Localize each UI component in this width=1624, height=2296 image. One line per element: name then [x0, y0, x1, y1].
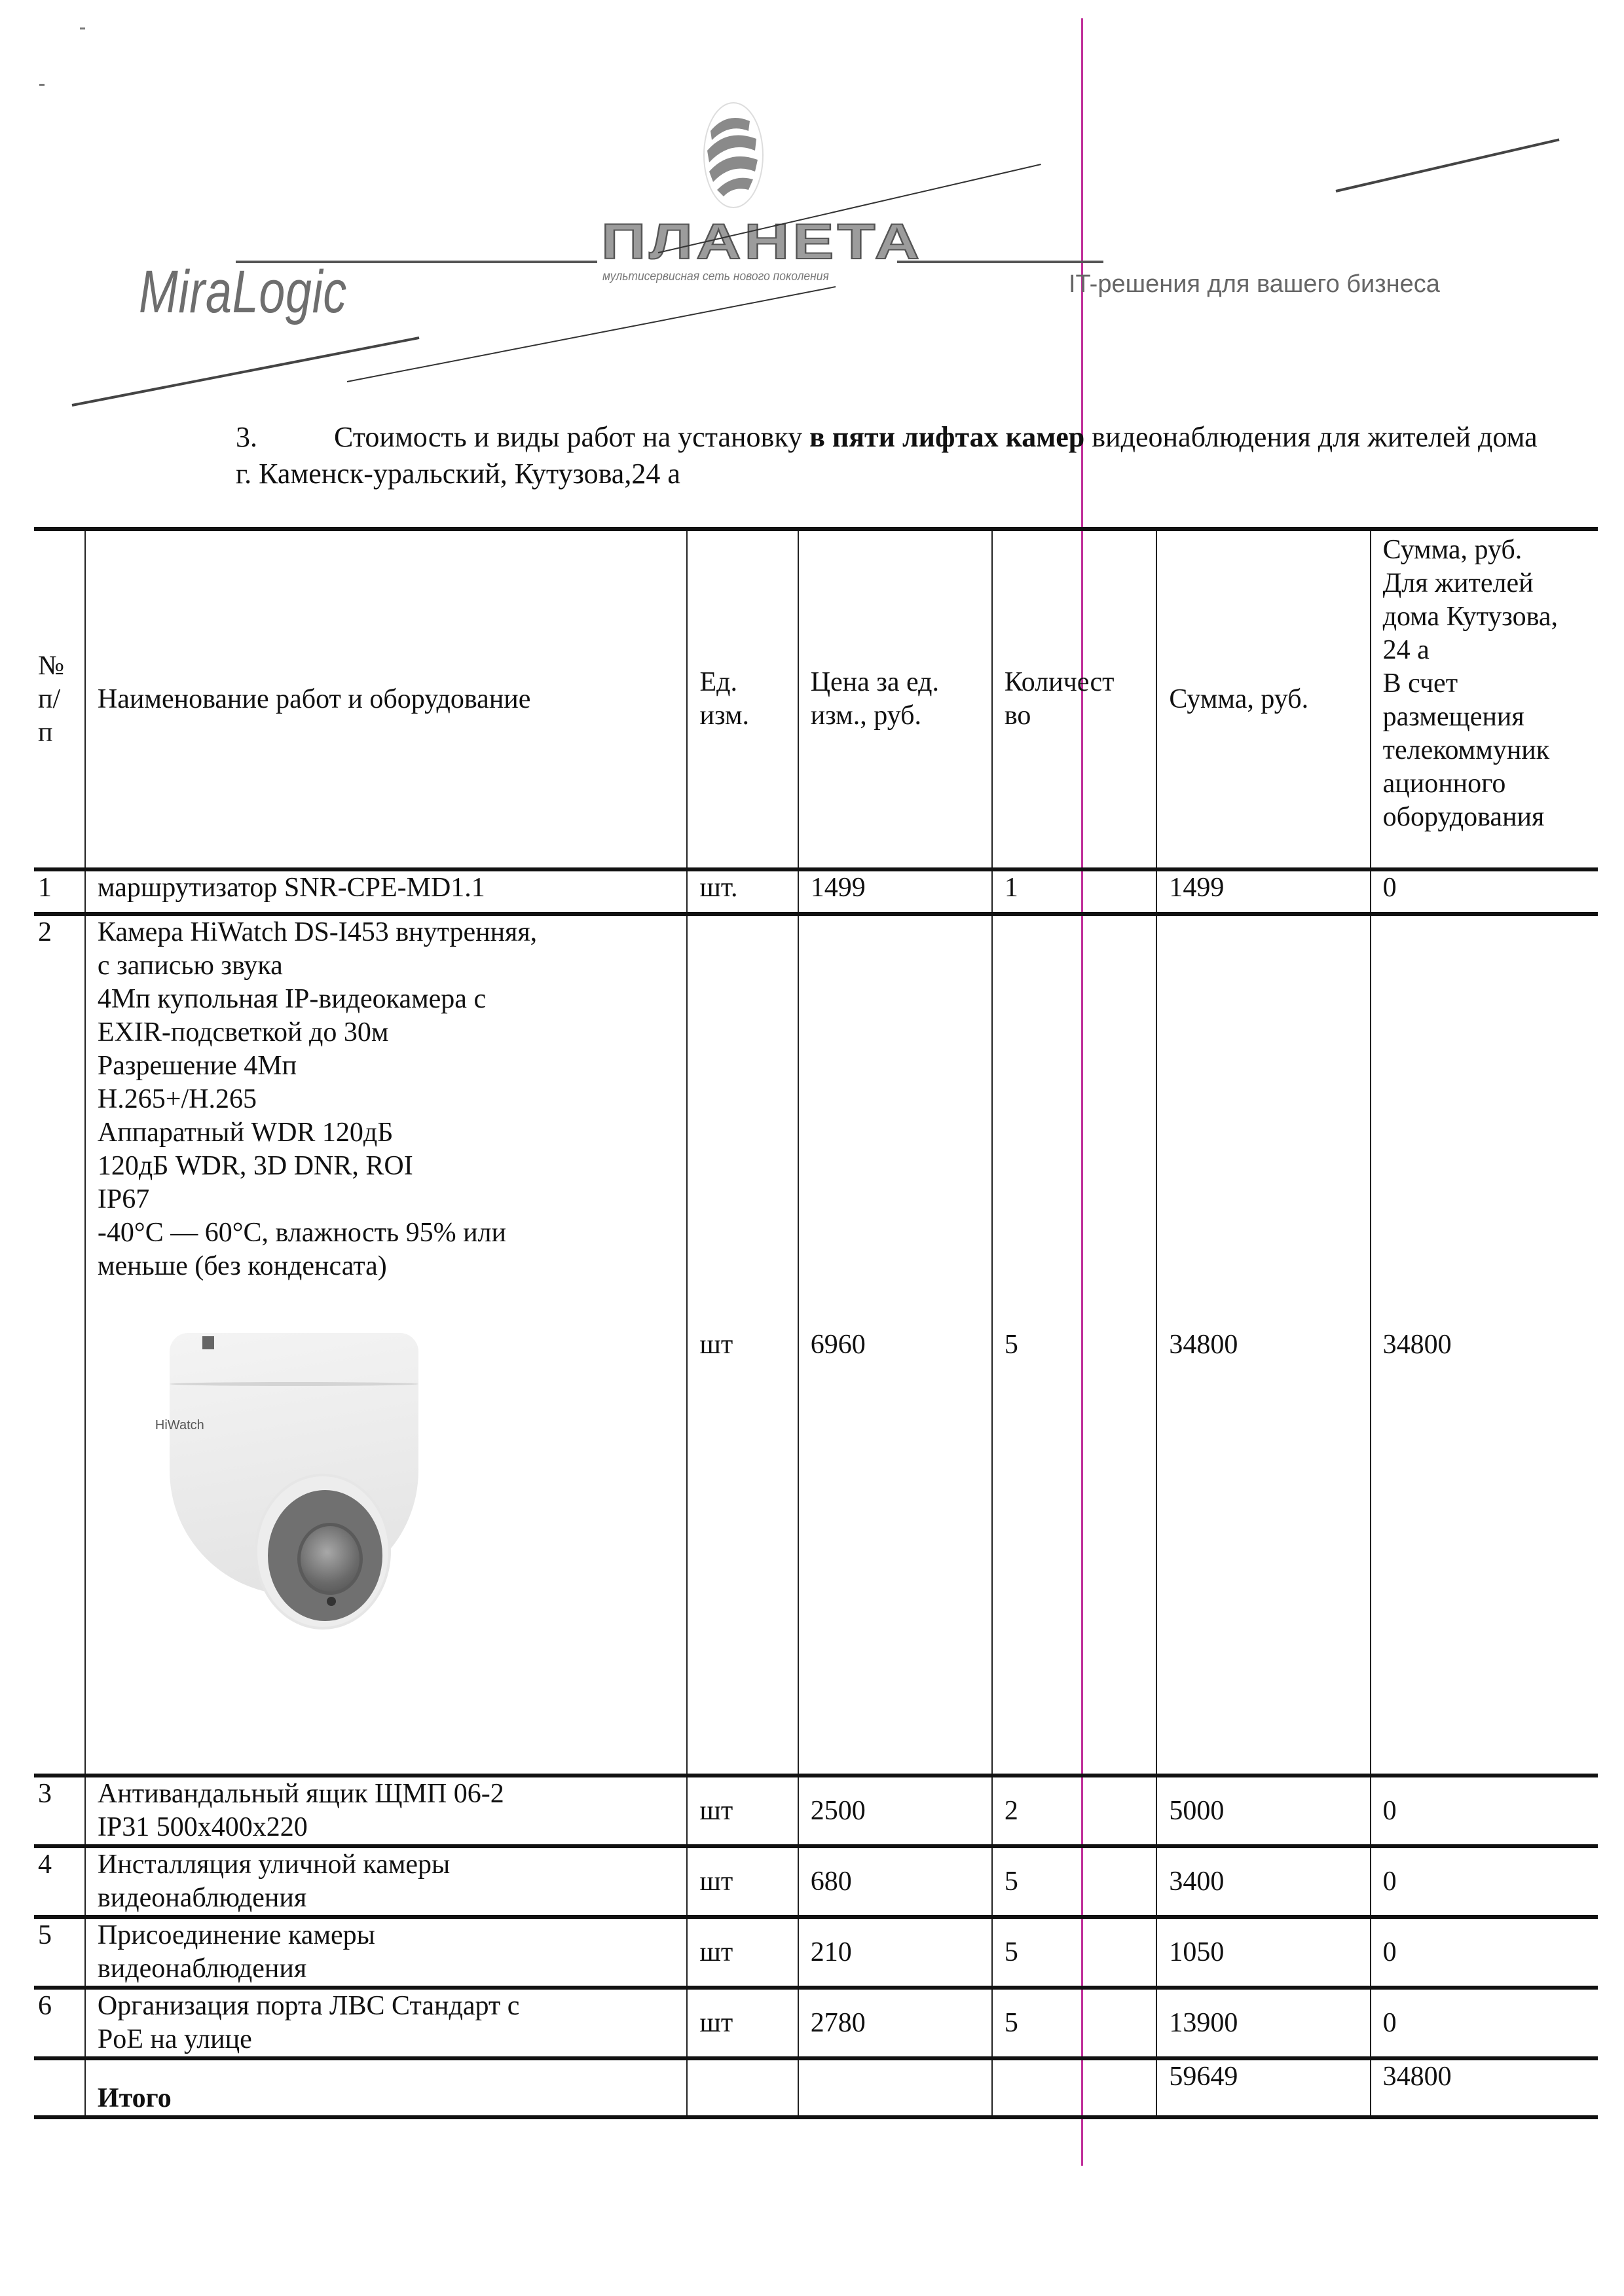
cell-price: 210 — [798, 1917, 992, 1988]
col-header-name: Наименование работ и оборудование — [85, 529, 688, 869]
decorative-stroke — [1336, 138, 1560, 192]
globe-logo-icon — [697, 98, 769, 213]
cell-empty — [992, 2058, 1157, 2117]
camera-ring-shape — [170, 1382, 418, 1386]
cell-name: Камера HiWatch DS-I453 внутренняя, с зап… — [85, 914, 688, 1776]
camera-brand-label: HiWatch — [155, 1409, 204, 1442]
cell-unit: шт — [687, 1917, 798, 1988]
scan-speck — [39, 84, 45, 86]
cell-sum: 3400 — [1156, 1846, 1370, 1917]
total-sum-residents: 34800 — [1371, 2058, 1598, 2117]
col-header-sum-residents: Сумма, руб. Для жителей дома Кутузова, 2… — [1371, 529, 1598, 869]
col-header-price: Цена за ед. изм., руб. — [798, 529, 992, 869]
cell-sum-residents: 0 — [1371, 1846, 1598, 1917]
cell-price: 1499 — [798, 869, 992, 914]
camera-description: Камера HiWatch DS-I453 внутренняя, с зап… — [98, 916, 675, 1283]
col-header-number: № п/п — [34, 529, 85, 869]
cell-number-empty — [34, 2058, 85, 2117]
cell-sum-residents: 0 — [1371, 869, 1598, 914]
cell-price: 680 — [798, 1846, 992, 1917]
cell-name: Организация порта ЛВС Стандарт с PoE на … — [85, 1988, 688, 2058]
planeta-tagline: мультисервисная сеть нового поколения — [602, 270, 829, 284]
cell-name: Антивандальный ящик ЩМП 06-2 IP31 500x40… — [85, 1776, 688, 1846]
cell-sum: 5000 — [1156, 1776, 1370, 1846]
heading-text: Стоимость и виды работ на установку — [334, 421, 809, 453]
cell-name: Присоединение камеры видеонаблюдения — [85, 1917, 688, 1988]
cell-sum: 1050 — [1156, 1917, 1370, 1988]
cell-quantity: 5 — [992, 1846, 1157, 1917]
table-row: 1 маршрутизатор SNR-CPE-MD1.1 шт. 1499 1… — [34, 869, 1598, 914]
table-total-row: Итого 59649 34800 — [34, 2058, 1598, 2117]
table-row: 3 Антивандальный ящик ЩМП 06-2 IP31 500x… — [34, 1776, 1598, 1846]
table-row: 5 Присоединение камеры видеонаблюдения ш… — [34, 1917, 1598, 1988]
col-header-unit: Ед. изм. — [687, 529, 798, 869]
miralogic-logo: MiraLogic — [139, 262, 347, 322]
cell-sum-residents: 0 — [1371, 1776, 1598, 1846]
cell-sum: 34800 — [1156, 914, 1370, 1776]
cell-empty — [798, 2058, 992, 2117]
cell-sum-residents: 0 — [1371, 1988, 1598, 2058]
total-sum: 59649 — [1156, 2058, 1370, 2117]
cell-quantity: 5 — [992, 1988, 1157, 2058]
cell-unit: шт. — [687, 869, 798, 914]
table-row: 2 Камера HiWatch DS-I453 внутренняя, с з… — [34, 914, 1598, 1776]
cell-number: 5 — [34, 1917, 85, 1988]
cell-number: 6 — [34, 1988, 85, 2058]
cell-quantity: 5 — [992, 1917, 1157, 1988]
decorative-stroke — [347, 286, 836, 382]
table-row: 6 Организация порта ЛВС Стандарт с PoE н… — [34, 1988, 1598, 2058]
brand-rule-right — [897, 261, 1103, 263]
cell-name: маршрутизатор SNR-CPE-MD1.1 — [85, 869, 688, 914]
cell-sum-residents: 34800 — [1371, 914, 1598, 1776]
cell-name: Инсталляция уличной камеры видеонаблюден… — [85, 1846, 688, 1917]
cell-number: 2 — [34, 914, 85, 1776]
cell-number: 3 — [34, 1776, 85, 1846]
cell-sum-residents: 0 — [1371, 1917, 1598, 1988]
total-label: Итого — [85, 2058, 688, 2117]
cell-sum: 13900 — [1156, 1988, 1370, 2058]
cell-quantity: 5 — [992, 914, 1157, 1776]
camera-ir-sensor-icon — [327, 1597, 336, 1606]
camera-product-image: HiWatch — [143, 1307, 510, 1647]
cell-price: 2780 — [798, 1988, 992, 2058]
cell-number: 1 — [34, 869, 85, 914]
camera-lens-icon — [297, 1523, 363, 1595]
company-slogan: IT-решения для вашего бизнеса — [1069, 272, 1440, 297]
cell-unit: шт — [687, 1846, 798, 1917]
cell-unit: шт — [687, 1776, 798, 1846]
heading-emphasis: в пяти лифтах камер — [809, 421, 1084, 453]
cost-table: № п/п Наименование работ и оборудование … — [34, 527, 1598, 2119]
col-header-quantity: Количест во — [992, 529, 1157, 869]
section-number: 3. — [236, 419, 334, 456]
cell-price: 6960 — [798, 914, 992, 1776]
cell-unit: шт — [687, 914, 798, 1776]
camera-tab-shape — [202, 1336, 214, 1349]
section-heading: 3.Стоимость и виды работ на установку в … — [236, 419, 1545, 492]
cell-price: 2500 — [798, 1776, 992, 1846]
table-row: 4 Инсталляция уличной камеры видеонаблюд… — [34, 1846, 1598, 1917]
cell-number: 4 — [34, 1846, 85, 1917]
cell-empty — [687, 2058, 798, 2117]
cell-quantity: 1 — [992, 869, 1157, 914]
cell-unit: шт — [687, 1988, 798, 2058]
cell-sum: 1499 — [1156, 869, 1370, 914]
planeta-logo: ПЛАНЕТА — [601, 217, 923, 267]
col-header-sum: Сумма, руб. — [1156, 529, 1370, 869]
table-header-row: № п/п Наименование работ и оборудование … — [34, 529, 1598, 869]
scan-speck — [80, 27, 85, 29]
decorative-stroke — [72, 337, 420, 407]
cell-quantity: 2 — [992, 1776, 1157, 1846]
